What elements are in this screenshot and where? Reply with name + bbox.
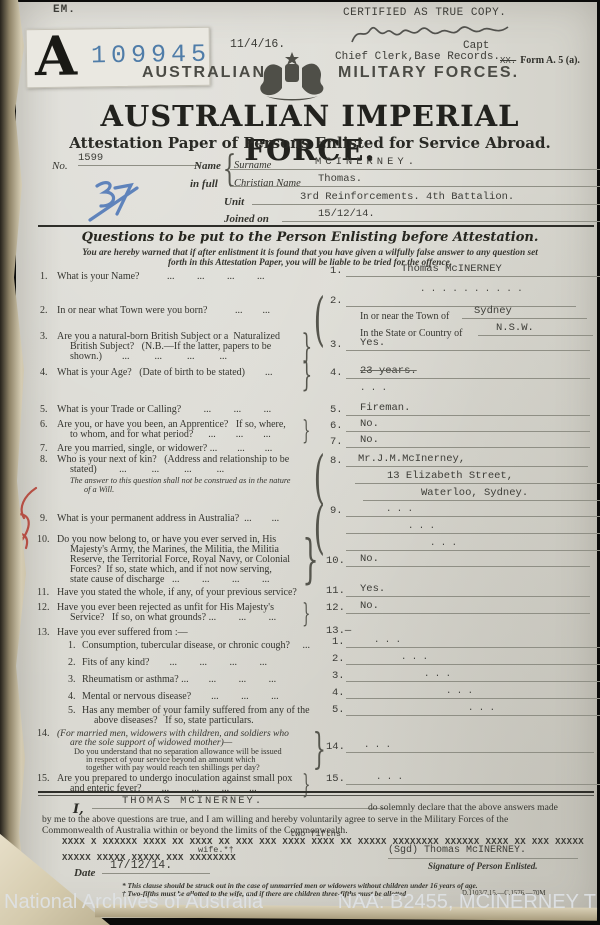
- q5-number: 5.: [40, 405, 48, 415]
- a10-number: 10.: [326, 556, 345, 567]
- a8-value3: Waterloo, Sydney.: [421, 487, 528, 499]
- q7-text: Are you married, single, or widower? ...…: [57, 444, 272, 454]
- no-value: 1599: [78, 152, 103, 164]
- declaration-rule: [38, 791, 594, 793]
- q5-text: What is your Trade or Calling? ... ... .…: [57, 405, 271, 415]
- q3-line3: shown.) ... ... ... ...: [70, 352, 227, 362]
- a7-line: No.: [346, 433, 590, 448]
- q11-text: Have you stated the whole, if any, of yo…: [57, 588, 297, 598]
- a8-line1: Mr.J.M.McInerney,: [346, 452, 588, 467]
- scanned-attestation-page: EM. CERTIFIED AS TRUE COPY. A 109945 11/…: [0, 0, 600, 925]
- a12-value: No.: [360, 600, 379, 612]
- q14-brace: }: [313, 728, 326, 770]
- a14-dots: . . .: [364, 740, 391, 750]
- a2-brace: (: [314, 290, 325, 348]
- registration-letter: A: [35, 24, 78, 89]
- a2-state-line: N.S.W.: [478, 321, 593, 336]
- a9-line3: . . .: [346, 536, 600, 551]
- a8-value2: 13 Elizabeth Street,: [387, 470, 513, 482]
- a13-1-line: . . .: [346, 633, 600, 648]
- declaration-name: THOMAS MCINERNEY.: [122, 795, 263, 807]
- q4-brace: }: [301, 358, 312, 392]
- a6-number: 6.: [330, 421, 343, 432]
- a13-2-line: . . .: [346, 650, 600, 665]
- a15-number: 15.: [326, 774, 345, 785]
- a7-number: 7.: [330, 437, 343, 448]
- a10-value: No.: [360, 553, 379, 565]
- a2-town-label: In or near the Town of: [360, 312, 449, 322]
- no-line: 1599: [78, 151, 200, 166]
- a3-line: Yes.: [346, 336, 590, 351]
- q4-number: 4.: [40, 368, 48, 378]
- q6-line2: to whom, and for what period? ... ... ..…: [70, 430, 271, 440]
- a5-value: Fireman.: [360, 402, 410, 414]
- a5-number: 5.: [330, 405, 343, 416]
- a13-1-number: 1.: [332, 637, 345, 648]
- q13-item4-number: 4.: [68, 692, 76, 702]
- in-full-label: in full: [190, 179, 218, 189]
- questions-heading: Questions to be put to the Person Enlist…: [40, 230, 580, 245]
- q4-text: What is your Age? (Date of birth to be s…: [57, 368, 273, 378]
- q12-line2: Service? If so, on what grounds? ... ...…: [70, 613, 276, 623]
- joined-line: 15/12/14.: [282, 207, 600, 222]
- a13-5-dots: . . .: [468, 703, 495, 713]
- a2-state-value: N.S.W.: [496, 322, 534, 334]
- date-value: 17/12/14.: [110, 859, 172, 872]
- a8-line3: Waterloo, Sydney.: [363, 486, 600, 501]
- q7-number: 7.: [40, 444, 48, 454]
- a10-line: No.: [346, 552, 590, 567]
- a14-number: 14.: [326, 742, 345, 753]
- a3-number: 3.: [330, 340, 343, 351]
- a1-line: Thomas McINERNEY: [346, 262, 600, 277]
- declaration-name-line: THOMAS MCINERNEY.: [92, 794, 387, 809]
- archive-watermark-right: NAA: B2455, MCINERNEY T: [338, 891, 596, 914]
- q13-item5-number: 5.: [68, 706, 76, 716]
- a2-town-value: Sydney: [474, 305, 512, 317]
- archive-watermark-left: National Archives of Australia: [4, 891, 263, 914]
- a9-dots3: . . .: [430, 538, 457, 548]
- a11-number: 11.: [326, 586, 345, 597]
- a13-2-dots: . . .: [401, 652, 428, 662]
- a13-4-line: . . .: [346, 684, 600, 699]
- sgd-value: (Sgd) Thomas McINERNEY.: [388, 845, 526, 856]
- em-stamp: EM.: [53, 5, 76, 16]
- a9-line1: . . .: [346, 502, 600, 517]
- date-label: Date: [74, 868, 95, 878]
- a9-dots1: . . .: [386, 504, 413, 514]
- a8-value1: Mr.J.M.McInerney,: [358, 453, 465, 465]
- chief-clerk-text: Chief Clerk,Base Records.: [335, 52, 500, 63]
- a11-line: Yes.: [346, 582, 590, 597]
- q3-number: 3.: [40, 332, 48, 342]
- a8-line2: 13 Elizabeth Street,: [355, 469, 600, 484]
- joined-value: 15/12/14.: [318, 208, 375, 220]
- a5-line: Fireman.: [346, 401, 590, 416]
- joined-label: Joined on: [224, 214, 269, 224]
- a6-line: No.: [346, 417, 590, 432]
- a8-number: 8.: [330, 456, 343, 467]
- unit-line: 3rd Reinforcements. 4th Battalion.: [252, 190, 600, 205]
- q14-number: 14.: [37, 729, 50, 739]
- q13-number: 13.: [37, 628, 50, 638]
- q10-brace: }: [302, 534, 319, 586]
- a9-dots2: . . .: [408, 521, 435, 531]
- surname-line: MCINERNEY.: [230, 155, 600, 170]
- a4-number: 4.: [330, 368, 343, 379]
- q13-item2-text: Fits of any kind? ... ... ... ...: [82, 658, 267, 668]
- a9-line2: . . .: [346, 519, 600, 534]
- christian-line: Thomas.: [230, 172, 600, 187]
- a13-1-dots: . . .: [374, 635, 401, 645]
- a13-4-number: 4.: [332, 688, 345, 699]
- q12-number: 12.: [37, 603, 50, 613]
- masthead-left: AUSTRALIAN: [142, 64, 266, 82]
- q13-item3-number: 3.: [68, 675, 76, 685]
- a11-value: Yes.: [360, 583, 385, 595]
- q13-item1-text: Consumption, tubercular disease, or chro…: [82, 641, 310, 651]
- no-label: No.: [52, 161, 68, 171]
- q13-item5-line2: above diseases? If so, state particulars…: [94, 716, 254, 726]
- certified-date: 11/4/16.: [230, 39, 285, 50]
- a2-town-line: Sydney: [462, 304, 587, 319]
- coat-of-arms: [252, 50, 332, 106]
- signature-caption: Signature of Person Enlisted.: [428, 861, 538, 871]
- q13-item3-text: Rheumatism or asthma? ... ... ... ...: [82, 675, 276, 685]
- surname-value: MCINERNEY.: [315, 156, 418, 168]
- name-label: Name: [194, 161, 221, 171]
- a15-dots: . . .: [376, 772, 403, 782]
- blue-crayon-mark: [85, 176, 143, 228]
- a13-3-number: 3.: [332, 671, 345, 682]
- a13-3-line: . . .: [346, 667, 600, 682]
- q8-line2: stated) ... ... ... ...: [70, 465, 224, 475]
- a13-5-number: 5.: [332, 705, 345, 716]
- q8-note2: of a Will.: [84, 485, 114, 495]
- a12-line: No.: [346, 599, 590, 614]
- q6-number: 6.: [40, 420, 48, 430]
- certified-stamp: CERTIFIED AS TRUE COPY.: [343, 8, 506, 19]
- q1-number: 1.: [40, 272, 48, 282]
- christian-value: Thomas.: [318, 173, 362, 185]
- a7-value: No.: [360, 434, 379, 446]
- unit-label: Unit: [224, 197, 244, 207]
- a4-line: 23 years.: [346, 364, 590, 379]
- warning-line-1: You are hereby warned that if after enli…: [40, 248, 580, 258]
- a13-3-dots: . . .: [424, 669, 451, 679]
- q15-number: 15.: [37, 774, 50, 784]
- q14-line3: together with pay would reach ten shilli…: [86, 763, 260, 773]
- a1-number: 1.: [330, 266, 343, 277]
- a13-5-line: . . .: [346, 701, 600, 716]
- q6-brace: }: [302, 418, 310, 444]
- unit-value: 3rd Reinforcements. 4th Battalion.: [300, 191, 514, 203]
- a1-value: Thomas McINERNEY: [401, 263, 502, 275]
- date-line: 17/12/14.: [102, 859, 210, 874]
- a14-line: . . .: [346, 738, 594, 753]
- q13-text: Have you ever suffered from :—: [57, 628, 188, 638]
- a4-dots: . . .: [360, 383, 387, 394]
- a3-value: Yes.: [360, 337, 385, 349]
- clerk-signature-handwriting: [348, 20, 513, 48]
- q11-number: 11.: [37, 588, 49, 598]
- a13-4-dots: . . .: [446, 686, 473, 696]
- a9-number: 9.: [330, 506, 343, 517]
- a2-number: 2.: [330, 296, 343, 307]
- a6-value: No.: [360, 418, 379, 430]
- sgd-line: (Sgd) Thomas McINERNEY.: [388, 844, 578, 859]
- q12-brace: }: [302, 601, 310, 627]
- a15-line: . . .: [346, 770, 600, 785]
- form-ref: Form A. 5 (a).: [520, 55, 580, 66]
- q1-text: What is your Name? ... ... ... ...: [57, 272, 264, 282]
- q10-line5: state cause of discharge ... ... ... ...: [70, 575, 270, 585]
- page-subtitle: Attestation Paper of Persons Enlisted fo…: [40, 134, 580, 152]
- q2-number: 2.: [40, 306, 48, 316]
- q8-number: 8.: [40, 455, 48, 465]
- q13-item1-number: 1.: [68, 641, 76, 651]
- q13-item4-text: Mental or nervous disease? ... ... ...: [82, 692, 279, 702]
- masthead-right: MILITARY FORCES.: [338, 64, 519, 82]
- a12-number: 12.: [326, 603, 345, 614]
- q2-text: In or near what Town were you born? ... …: [57, 306, 270, 316]
- q9-text: What is your permanent address in Austra…: [57, 514, 279, 524]
- declaration-line2: by me to the above questions are true, a…: [42, 815, 508, 825]
- q13-item2-number: 2.: [68, 658, 76, 668]
- a13-2-number: 2.: [332, 654, 345, 665]
- a4-value: 23 years.: [360, 365, 417, 377]
- declaration-line1-rest: do solemnly declare that the above answe…: [368, 803, 558, 813]
